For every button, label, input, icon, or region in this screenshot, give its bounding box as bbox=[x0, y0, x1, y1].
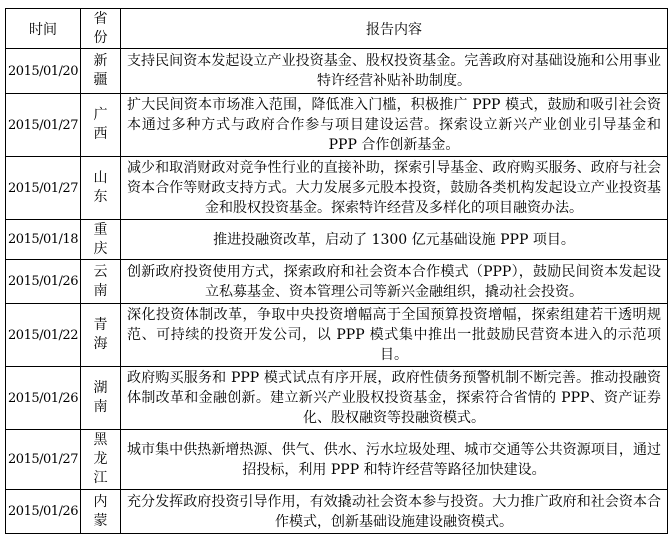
content-cell: 政府购买服务和 PPP 模式试点有序开展，政府性债务预警机制不断完善。推动投融资… bbox=[121, 367, 668, 430]
header-time: 时间 bbox=[6, 9, 81, 49]
content-cell: 减少和取消财政对竞争性行业的直接补助，探索引导基金、政府购买服务、政府与社会资本… bbox=[121, 157, 668, 220]
content-cell: 深化投资体制改革，争取中央投资增幅高于全国预算投资增幅，探索组建若干透明规范、可… bbox=[121, 304, 668, 367]
header-content: 报告内容 bbox=[121, 9, 668, 49]
table-row: 2015/01/22 青海 深化投资体制改革，争取中央投资增幅高于全国预算投资增… bbox=[6, 304, 668, 367]
time-cell: 2015/01/22 bbox=[6, 304, 81, 367]
province-cell: 湖南 bbox=[81, 367, 121, 430]
content-cell: 创新政府投资使用方式，探索政府和社会资本合作模式（PPP），鼓励民间资本发起设立… bbox=[121, 260, 668, 304]
content-cell: 支持民间资本发起设立产业投资基金、股权投资基金。完善政府对基础设施和公用事业特许… bbox=[121, 49, 668, 94]
province-cell: 黑龙江 bbox=[81, 430, 121, 490]
table-row: 2015/01/27 广西 扩大民间资本市场准入范围，降低准入门槛，积极推广 P… bbox=[6, 94, 668, 157]
table-row: 2015/01/26 云南 创新政府投资使用方式，探索政府和社会资本合作模式（P… bbox=[6, 260, 668, 304]
time-cell: 2015/01/26 bbox=[6, 260, 81, 304]
time-cell: 2015/01/20 bbox=[6, 49, 81, 94]
province-cell: 广西 bbox=[81, 94, 121, 157]
province-cell: 青海 bbox=[81, 304, 121, 367]
province-cell: 重庆 bbox=[81, 220, 121, 260]
province-cell: 新疆 bbox=[81, 49, 121, 94]
time-cell: 2015/01/26 bbox=[6, 367, 81, 430]
content-cell: 城市集中供热新增热源、供气、供水、污水垃圾处理、城市交通等公共资源项目，通过招投… bbox=[121, 430, 668, 490]
content-cell: 充分发挥政府投资引导作用，有效撬动社会资本参与投资。大力推广政府和社会资本合作模… bbox=[121, 490, 668, 534]
time-cell: 2015/01/27 bbox=[6, 430, 81, 490]
time-cell: 2015/01/27 bbox=[6, 94, 81, 157]
table-row: 2015/01/27 山东 减少和取消财政对竞争性行业的直接补助，探索引导基金、… bbox=[6, 157, 668, 220]
header-row: 时间 省份 报告内容 bbox=[6, 9, 668, 49]
content-cell: 推进投融资改革，启动了 1300 亿元基础设施 PPP 项目。 bbox=[121, 220, 668, 260]
province-cell: 山东 bbox=[81, 157, 121, 220]
content-cell: 扩大民间资本市场准入范围，降低准入门槛，积极推广 PPP 模式，鼓励和吸引社会资… bbox=[121, 94, 668, 157]
table-row: 2015/01/18 重庆 推进投融资改革，启动了 1300 亿元基础设施 PP… bbox=[6, 220, 668, 260]
report-table: 时间 省份 报告内容 2015/01/20 新疆 支持民间资本发起设立产业投资基… bbox=[5, 8, 668, 534]
header-province: 省份 bbox=[81, 9, 121, 49]
table-row: 2015/01/26 内蒙 充分发挥政府投资引导作用，有效撬动社会资本参与投资。… bbox=[6, 490, 668, 534]
time-cell: 2015/01/27 bbox=[6, 157, 81, 220]
time-cell: 2015/01/18 bbox=[6, 220, 81, 260]
table-row: 2015/01/20 新疆 支持民间资本发起设立产业投资基金、股权投资基金。完善… bbox=[6, 49, 668, 94]
province-cell: 云南 bbox=[81, 260, 121, 304]
province-cell: 内蒙 bbox=[81, 490, 121, 534]
time-cell: 2015/01/26 bbox=[6, 490, 81, 534]
table-row: 2015/01/27 黑龙江 城市集中供热新增热源、供气、供水、污水垃圾处理、城… bbox=[6, 430, 668, 490]
table-row: 2015/01/26 湖南 政府购买服务和 PPP 模式试点有序开展，政府性债务… bbox=[6, 367, 668, 430]
document-page: 时间 省份 报告内容 2015/01/20 新疆 支持民间资本发起设立产业投资基… bbox=[0, 0, 672, 513]
